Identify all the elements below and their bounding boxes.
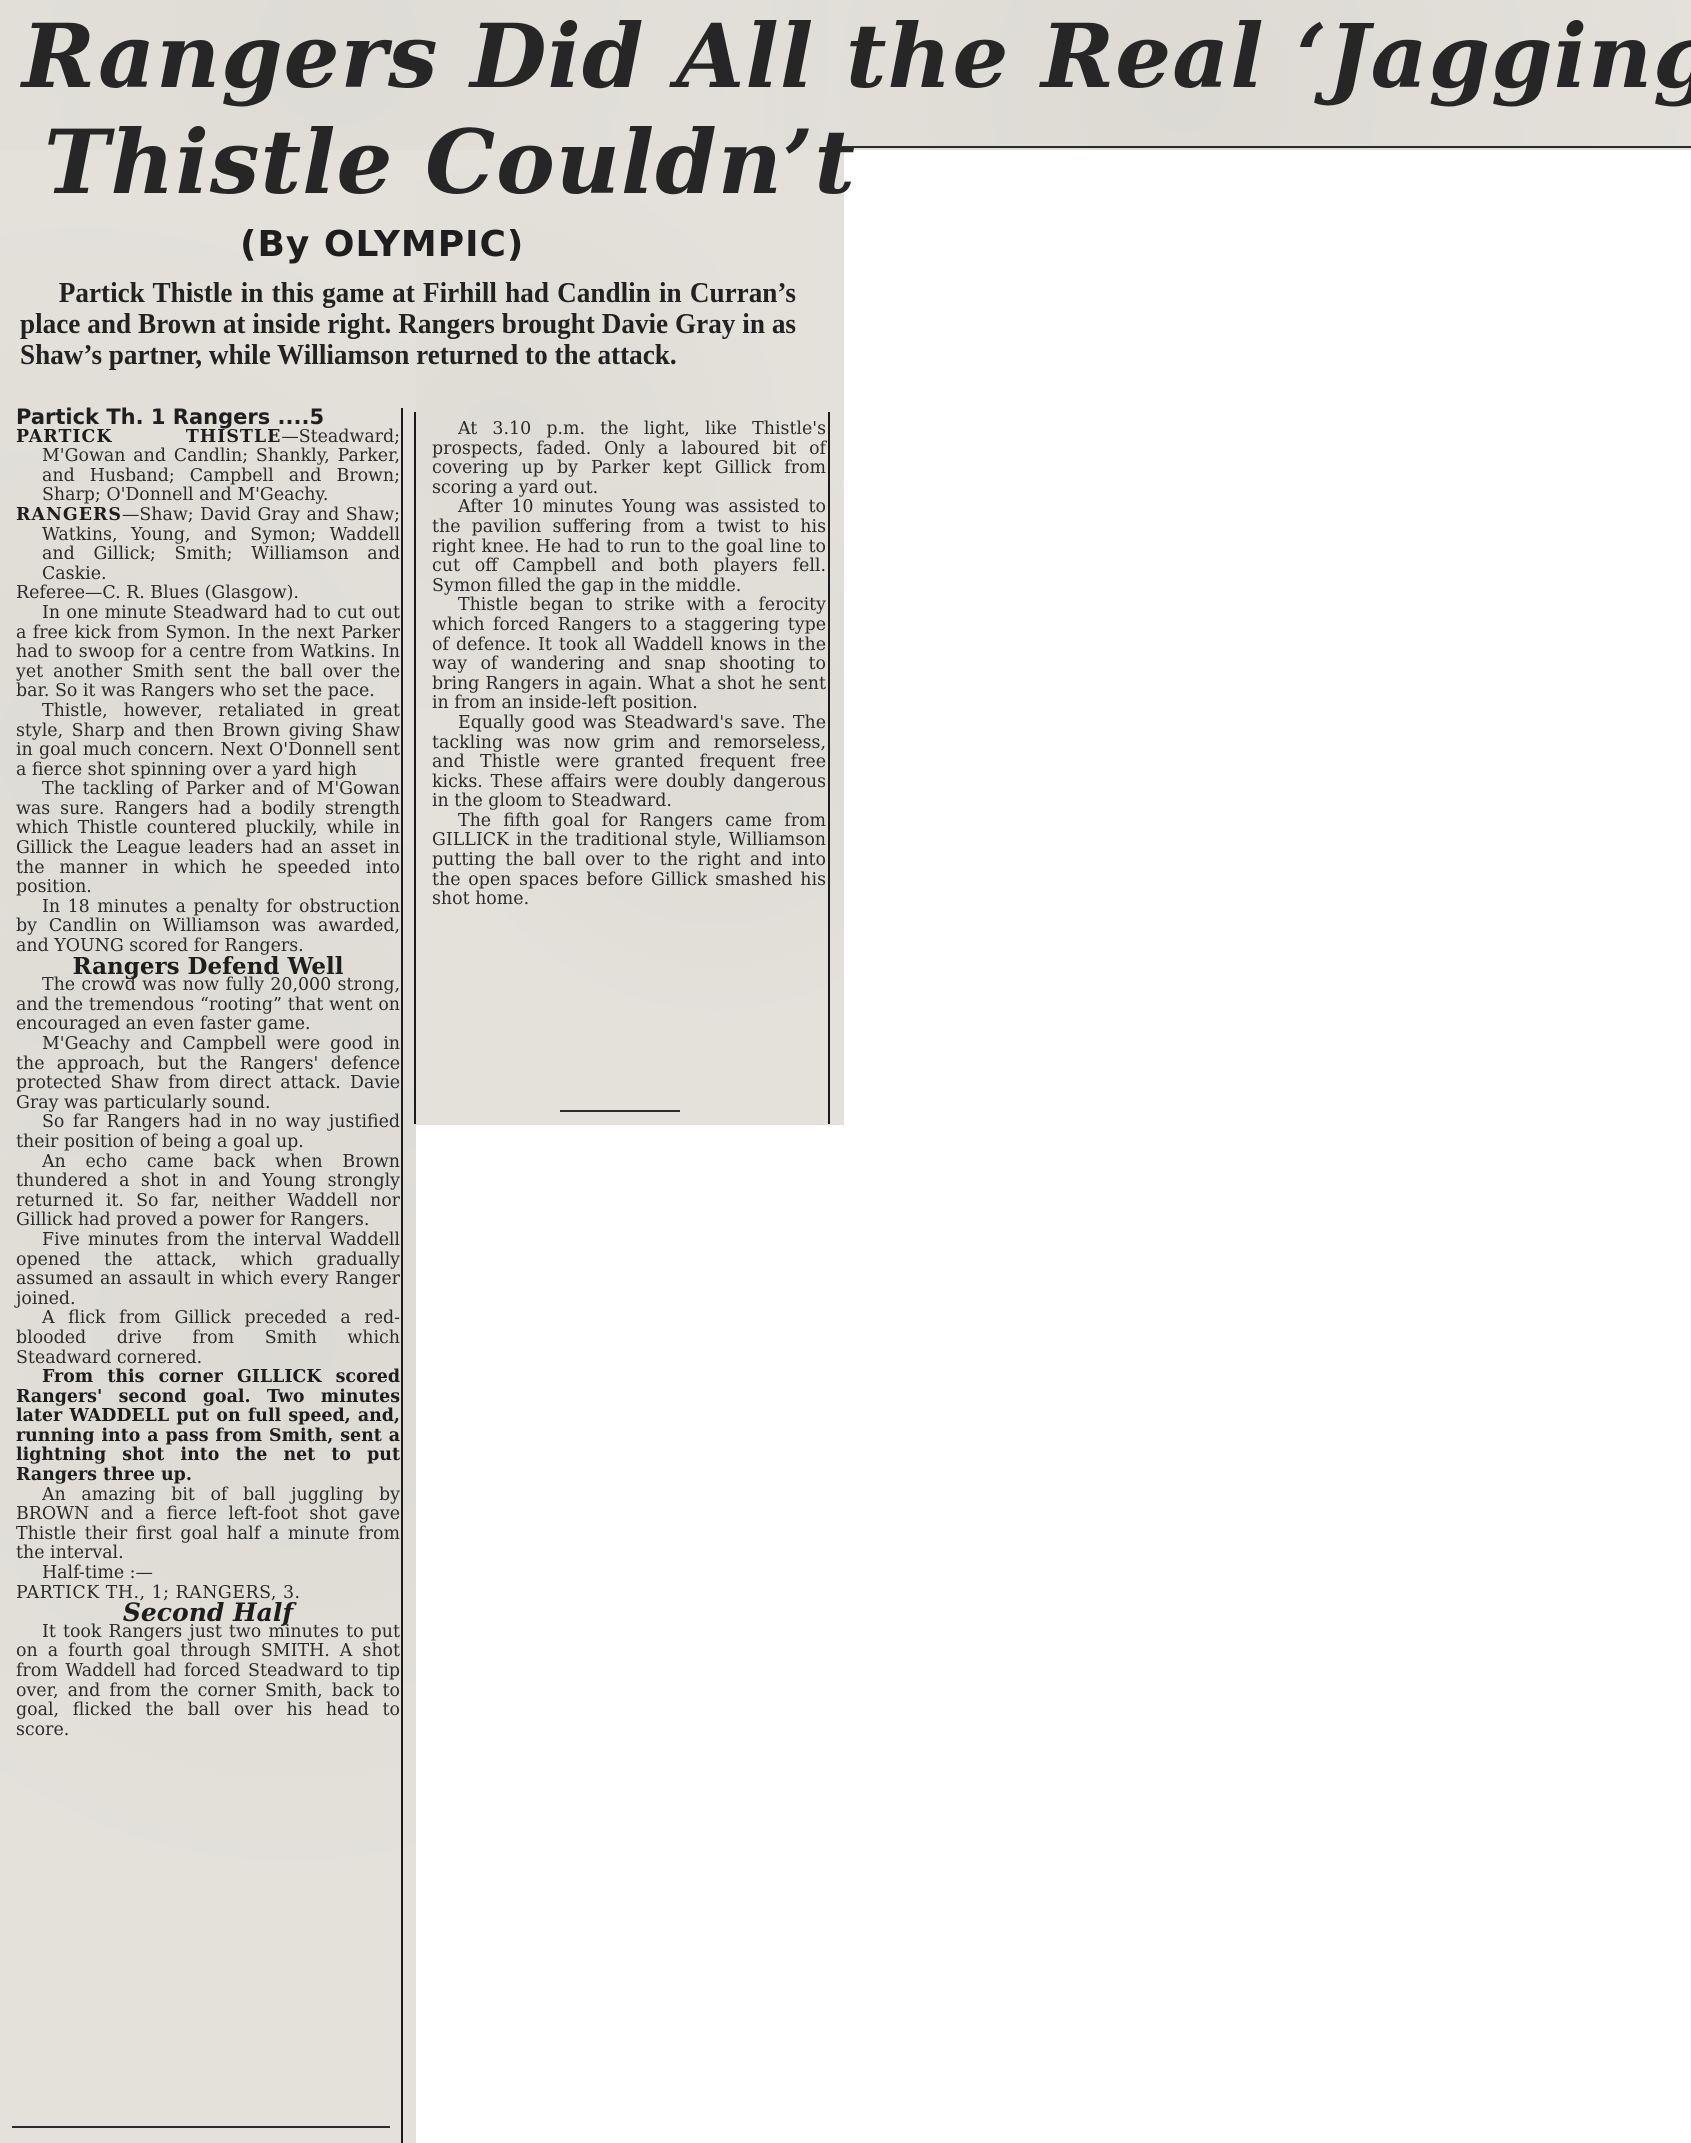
lineup-partick-thistle: PARTICK THISTLE—Steadward; M'Gowan and C… <box>16 428 400 506</box>
body-paragraph: An amazing bit of ball juggling by BROWN… <box>16 1486 400 1564</box>
body-paragraph: After 10 minutes Young was assisted to t… <box>432 498 826 596</box>
body-paragraph: Equally good was Steadward's save. The t… <box>432 714 826 812</box>
lineup-team-name: RANGERS <box>16 505 122 525</box>
header-rule <box>840 146 1691 148</box>
article-column-left: Partick Th. 1 Rangers ....5 PARTICK THIS… <box>16 408 400 1740</box>
column-rule-left <box>401 408 403 2143</box>
body-paragraph-bold: From this corner GILLICK scored Rangers'… <box>16 1368 400 1486</box>
body-paragraph: An echo came back when Brown thundered a… <box>16 1153 400 1231</box>
headline-line-1: Rangers Did All the Real ‘Jagging,’ <box>22 12 1691 100</box>
column-rule-middle <box>414 412 416 1124</box>
column-rule-right <box>828 412 830 1124</box>
body-paragraph: The fifth goal for Rangers came from GIL… <box>432 812 826 910</box>
byline: (By OLYMPIC) <box>240 224 524 265</box>
body-paragraph: In 18 minutes a penalty for obstruction … <box>16 898 400 957</box>
body-paragraph: At 3.10 p.m. the light, like Thistle's p… <box>432 420 826 498</box>
body-paragraph: M'Geachy and Campbell were good in the a… <box>16 1035 400 1113</box>
lineup-rangers: RANGERS—Shaw; David Gray and Shaw; Watki… <box>16 506 400 584</box>
subheading-rangers-defend-well: Rangers Defend Well <box>16 957 400 977</box>
end-of-article-dash <box>560 1110 680 1112</box>
body-paragraph: A flick from Gillick preceded a red-bloo… <box>16 1309 400 1368</box>
body-paragraph: The crowd was now fully 20,000 strong, a… <box>16 976 400 1035</box>
body-paragraph: Thistle, however, retaliated in great st… <box>16 702 400 780</box>
intro-paragraph: Partick Thistle in this game at Firhill … <box>20 278 796 371</box>
headline-line-2: Thistle Couldn’t <box>44 118 856 206</box>
body-paragraph: In one minute Steadward had to cut out a… <box>16 604 400 702</box>
column-end-rule <box>12 2126 390 2128</box>
referee-line: Referee—C. R. Blues (Glasgow). <box>16 584 400 604</box>
body-paragraph: The tackling of Parker and of M'Gowan wa… <box>16 780 400 898</box>
article-column-right: At 3.10 p.m. the light, like Thistle's p… <box>432 420 826 910</box>
body-paragraph: Thistle began to strike with a ferocity … <box>432 596 826 714</box>
body-paragraph: So far Rangers had in no way justified t… <box>16 1113 400 1152</box>
body-paragraph: Five minutes from the interval Waddell o… <box>16 1231 400 1309</box>
lineup-team-name: PARTICK THISTLE <box>16 427 281 447</box>
halftime-label: Half-time :— <box>16 1564 400 1584</box>
subheading-second-half: Second Half <box>16 1603 400 1623</box>
result-score-line: Partick Th. 1 Rangers ....5 <box>16 408 400 428</box>
body-paragraph: It took Rangers just two minutes to put … <box>16 1623 400 1741</box>
